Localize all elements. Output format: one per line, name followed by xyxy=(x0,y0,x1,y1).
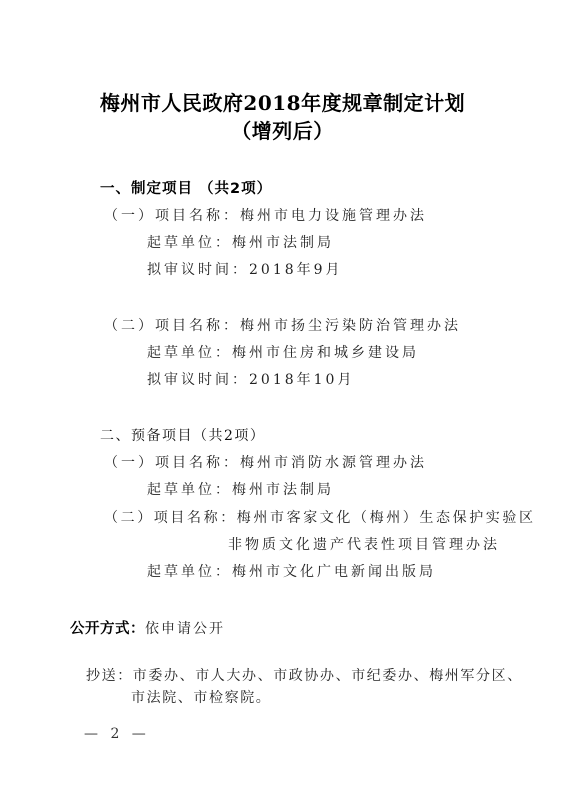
item-drafting-unit: 起草单位：梅州市住房和城乡建设局 xyxy=(147,342,419,362)
item-drafting-unit: 起草单位：梅州市法制局 xyxy=(147,479,334,499)
disclosure-label: 公开方式： xyxy=(70,621,145,637)
item-name: （一）项目名称：梅州市电力设施管理办法 xyxy=(104,205,427,225)
section-heading-reserve: 二、预备项目（共2项） xyxy=(100,425,265,445)
document-subtitle: （增列后） xyxy=(0,115,565,144)
disclosure-line: 公开方式：依申请公开 xyxy=(70,617,225,638)
item-review-time: 拟审议时间：2018年10月 xyxy=(147,369,354,389)
item-name-continuation: 非物质文化遗产代表性项目管理办法 xyxy=(228,534,500,554)
item-drafting-unit: 起草单位：梅州市文化广电新闻出版局 xyxy=(147,561,436,581)
document-title: 梅州市人民政府2018年度规章制定计划 xyxy=(0,87,565,116)
item-drafting-unit: 起草单位：梅州市法制局 xyxy=(147,232,334,252)
disclosure-value: 依申请公开 xyxy=(145,621,225,637)
item-name: （一）项目名称：梅州市消防水源管理办法 xyxy=(104,452,427,472)
section-heading-formulation: 一、制定项目 （共2项） xyxy=(100,177,272,198)
item-name: （二）项目名称：梅州市客家文化（梅州）生态保护实验区 xyxy=(104,507,536,527)
item-review-time: 拟审议时间：2018年9月 xyxy=(147,259,343,279)
cc-line-1: 抄送：市委办、市人大办、市政协办、市纪委办、梅州军分区、 xyxy=(86,665,523,685)
page-number: — 2 — xyxy=(84,726,150,742)
cc-line-2: 市法院、市检察院。 xyxy=(131,687,271,707)
item-name: （二）项目名称：梅州市扬尘污染防治管理办法 xyxy=(104,315,461,335)
